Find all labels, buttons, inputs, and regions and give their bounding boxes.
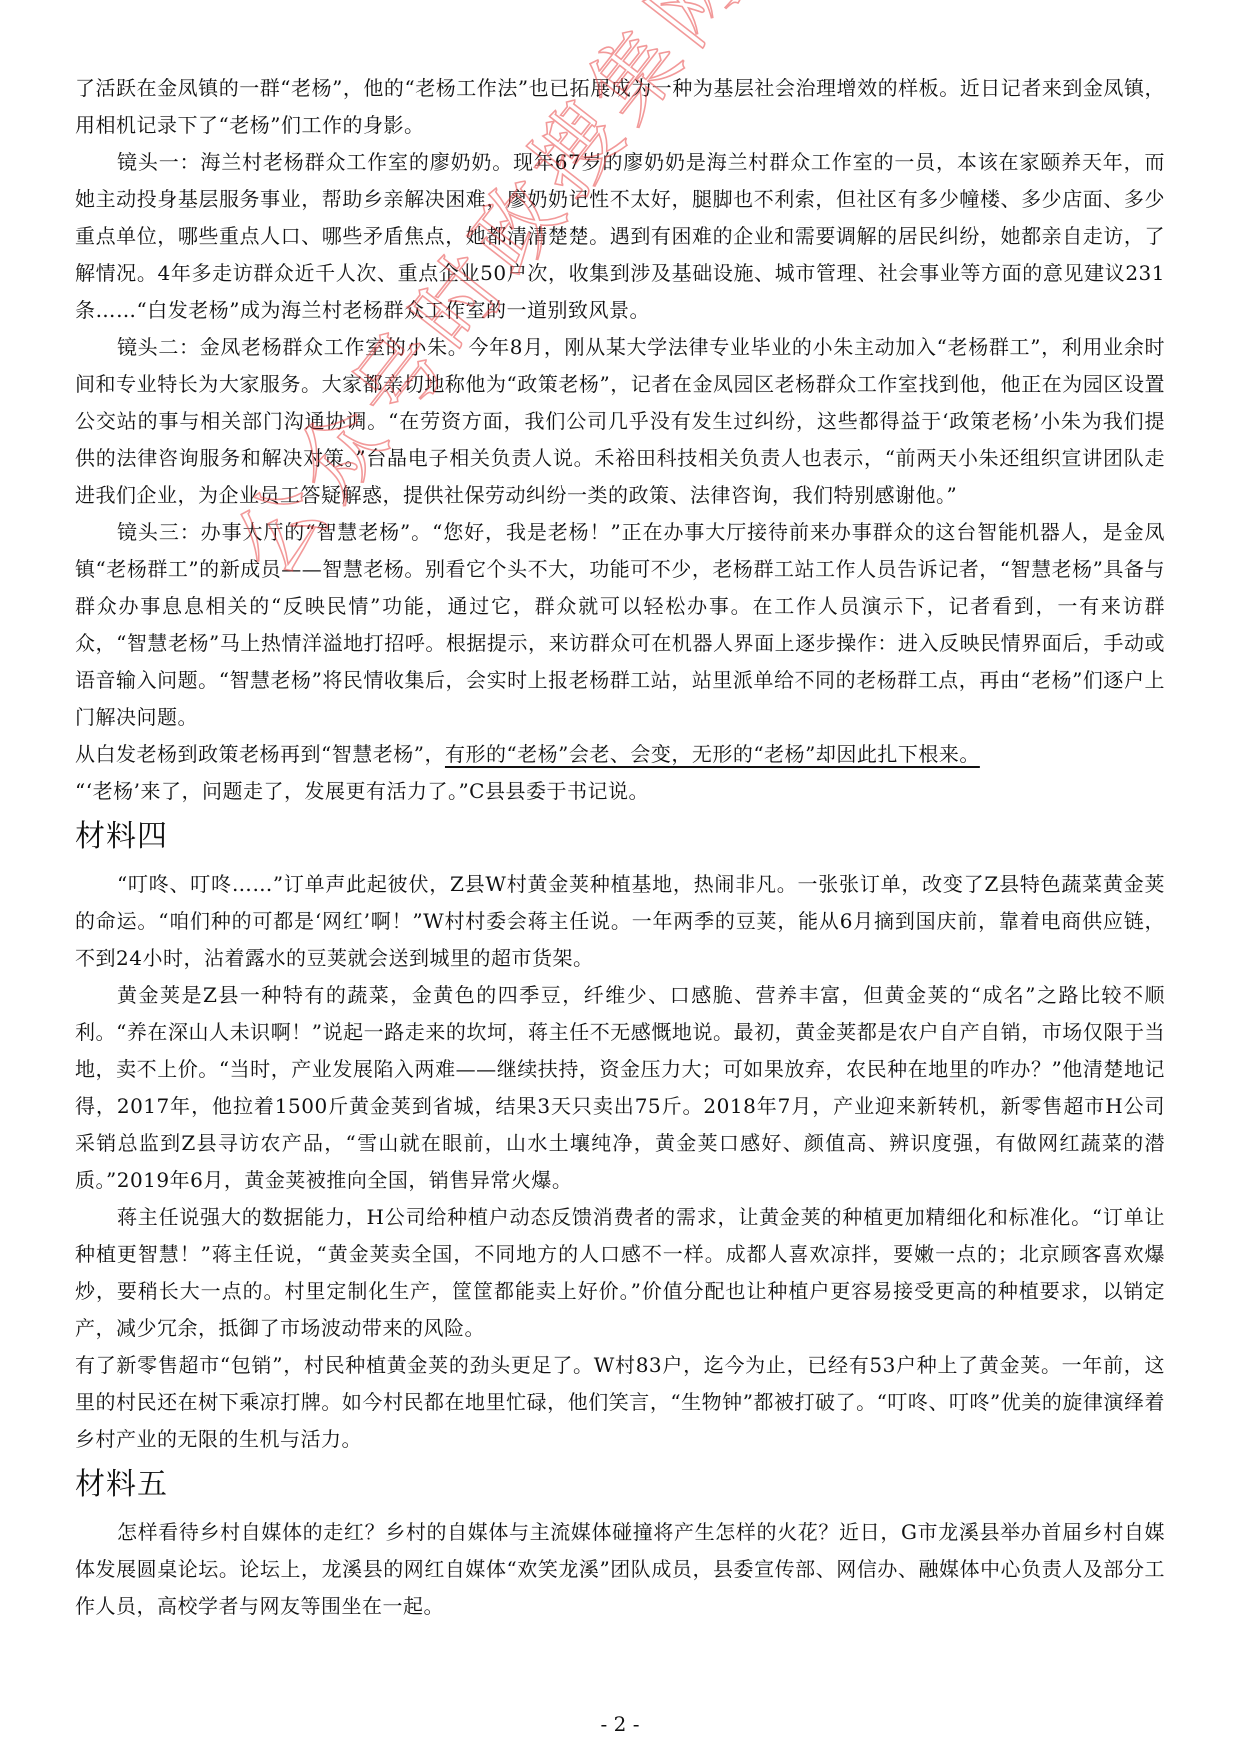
underlined-key-sentence: 有形的“老杨”会老、会变，无形的“老杨”却因此扎下根来。 <box>445 742 980 766</box>
body-paragraph: 黄金荚是Z县一种特有的蔬菜，金黄色的四季豆，纤维少、口感脆、营养丰富，但黄金荚的… <box>75 977 1165 1199</box>
body-paragraph: 蒋主任说强大的数据能力，H公司给种植户动态反馈消费者的需求，让黄金荚的种植更加精… <box>75 1199 1165 1347</box>
body-paragraph: 怎样看待乡村自媒体的走红？乡村的自媒体与主流媒体碰撞将产生怎样的火花？近日，G市… <box>75 1514 1165 1625</box>
section-heading-material-4: 材料四 <box>75 812 1165 862</box>
summary-plain-text: 从白发老杨到政策老杨再到“智慧老杨”， <box>75 742 445 766</box>
body-paragraph: 了活跃在金凤镇的一群“老杨”，他的“老杨工作法”也已拓展成为一种为基层社会治理增… <box>75 70 1165 144</box>
section-heading-material-5: 材料五 <box>75 1460 1165 1510</box>
body-paragraph-shot-1: 镜头一：海兰村老杨群众工作室的廖奶奶。现年67岁的廖奶奶是海兰村群众工作室的一员… <box>75 144 1165 329</box>
body-paragraph-shot-2: 镜头二：金凤老杨群众工作室的小朱。今年8月，刚从某大学法律专业毕业的小朱主动加入… <box>75 329 1165 514</box>
section-5-body: 怎样看待乡村自媒体的走红？乡村的自媒体与主流媒体碰撞将产生怎样的火花？近日，G市… <box>75 1514 1165 1625</box>
section-3-continued: 了活跃在金凤镇的一群“老杨”，他的“老杨工作法”也已拓展成为一种为基层社会治理增… <box>75 70 1165 810</box>
closing-quote: “‘老杨’来了，问题走了，发展更有活力了。”C县县委于书记说。 <box>75 773 1165 810</box>
body-paragraph-shot-3: 镜头三：办事大厅的“智慧老杨”。“您好，我是老杨！”正在办事大厅接待前来办事群众… <box>75 514 1165 736</box>
body-paragraph: 有了新零售超市“包销”，村民种植黄金荚的劲头更足了。W村83户，迄今为止，已经有… <box>75 1347 1165 1458</box>
section-4-body: “叮咚、叮咚……”订单声此起彼伏，Z县W村黄金荚种植基地，热闹非凡。一张张订单，… <box>75 866 1165 1458</box>
body-paragraph: “叮咚、叮咚……”订单声此起彼伏，Z县W村黄金荚种植基地，热闹非凡。一张张订单，… <box>75 866 1165 977</box>
page-number: - 2 - <box>0 1712 1240 1736</box>
document-page: 了活跃在金凤镇的一群“老杨”，他的“老杨工作法”也已拓展成为一种为基层社会治理增… <box>75 70 1165 1625</box>
summary-paragraph: 从白发老杨到政策老杨再到“智慧老杨”，有形的“老杨”会老、会变，无形的“老杨”却… <box>75 736 1165 773</box>
